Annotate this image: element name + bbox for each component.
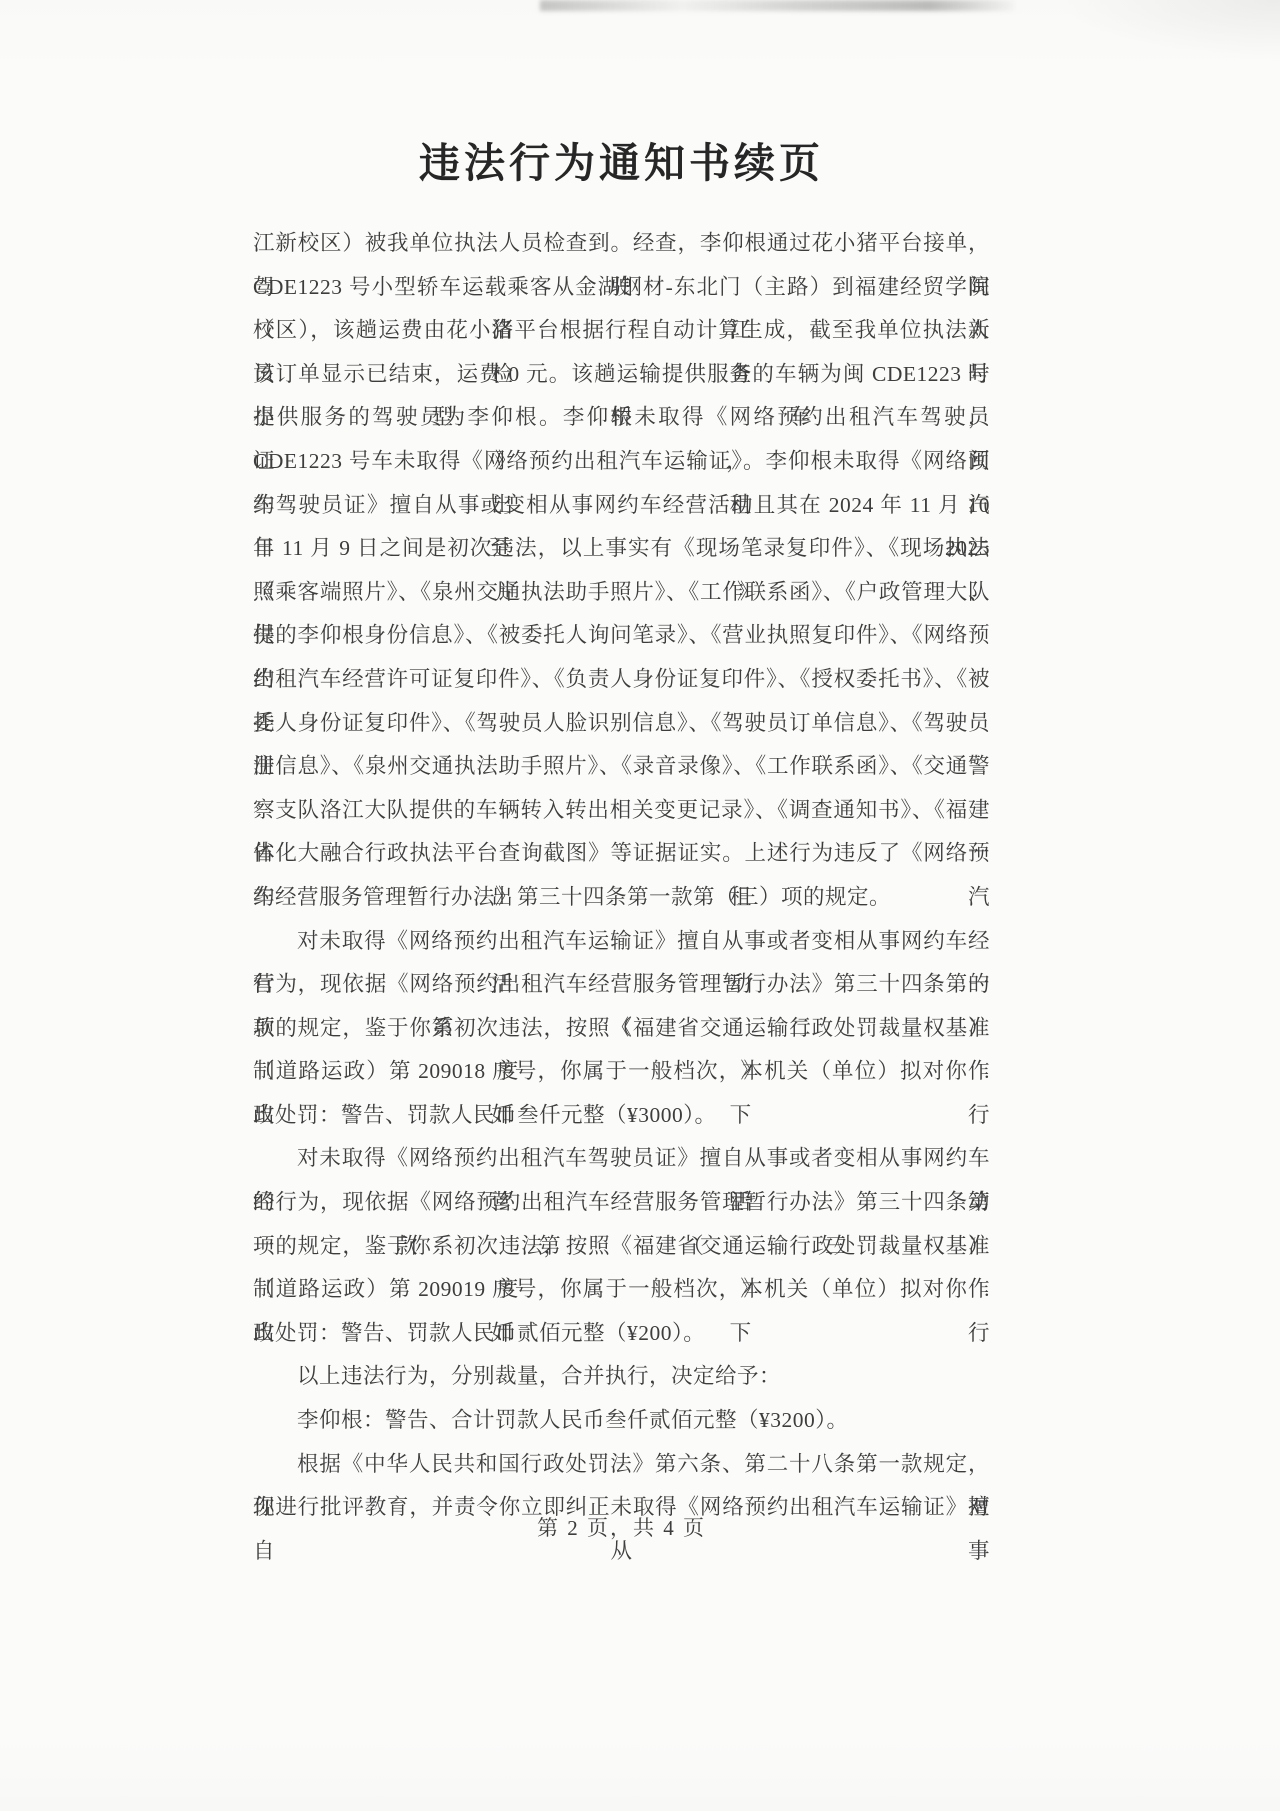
document-line: 对未取得《网络预约出租汽车驾驶员证》擅自从事或者变相从事网约车经营活动 xyxy=(253,1137,990,1181)
document-line: 察支队洛江大队提供的车辆转入转出相关变更记录》、《调查通知书》、《福建省一 xyxy=(253,789,990,833)
document-line: 年 11 月 9 日之间是初次违法，以上事实有《现场笔录复印件》、《现场执法照片… xyxy=(253,527,990,571)
document-line: 托人身份证复印件》、《驾驶员人脸识别信息》、《驾驶员订单信息》、《驾驶员注 xyxy=(253,702,990,746)
document-line: 册信息》、《泉州交通执法助手照片》、《录音录像》、《工作联系函》、《交通警 xyxy=(253,745,990,789)
document-line: （道路运政）第 209019 序号，你属于一般档次，本机关（单位）拟对你作出如下… xyxy=(253,1268,990,1312)
document-line: （道路运政）第 209018 序号，你属于一般档次，本机关（单位）拟对你作出如下… xyxy=(253,1050,990,1094)
scanned-document-page: 违法行为通知书续页 江新校区）被我单位执法人员检查到。经查，李仰根通过花小猪平台… xyxy=(0,0,1280,1811)
document-line: 出租汽车经营许可证复印件》、《负责人身份证复印件》、《授权委托书》、《被委 xyxy=(253,658,990,702)
document-line: 该订单显示已结束，运费 0 元。该趟运输提供服务的车辆为闽 CDE1223 号小… xyxy=(253,353,990,397)
scan-artifact-top-edge xyxy=(540,0,1015,11)
page-title: 违法行为通知书续页 xyxy=(253,130,990,189)
document-body: 江新校区）被我单位执法人员检查到。经查，李仰根通过花小猪平台接单，驾驶闽 CDE… xyxy=(253,222,990,1530)
document-line: CDE1223 号车未取得《网络预约出租汽车运输证》。李仰根未取得《网络预约出租… xyxy=(253,440,990,484)
document-line: 的行为，现依据《网络预约出租汽车经营服务管理暂行办法》第三十四条第一款第（三） xyxy=(253,1181,990,1225)
document-line: 项的规定，鉴于你系初次违法，按照《福建省交通运输行政处罚裁量权基准制度》. xyxy=(253,1225,990,1269)
document-line: CDE1223 号小型轿车运载乘客从金湖钢材-东北门（主路）到福建经贸学院（洛江… xyxy=(253,266,990,310)
scan-artifact-corner-shadow xyxy=(1060,0,1280,60)
document-line: 以上违法行为，分别裁量，合并执行，决定给予： xyxy=(253,1355,990,1399)
document-line: 提供服务的驾驶员为李仰根。李仰根未取得《网络预约出租汽车驾驶员证》，闽 xyxy=(253,396,990,440)
document-line: 根据《中华人民共和国行政处罚法》第六条、第二十八条第一款规定，现对 xyxy=(253,1443,990,1487)
document-line: 车经营服务管理暂行办法》第三十四条第一款第（三）项的规定。 xyxy=(253,876,990,920)
document-line: 校区），该趟运费由花小猪平台根据行程自动计算生成，截至我单位执法人员检查时 xyxy=(253,309,990,353)
document-line: 李仰根：警告、合计罚款人民币叁仟贰佰元整（¥3200）。 xyxy=(253,1399,990,1443)
document-line: 供的李仰根身份信息》、《被委托人询问笔录》、《营业执照复印件》、《网络预约 xyxy=(253,614,990,658)
page-number-footer: 第 2 页，共 4 页 xyxy=(253,1512,990,1542)
document-line: 对未取得《网络预约出租汽车运输证》擅自从事或者变相从事网约车经营活动的 xyxy=(253,920,990,964)
document-line: 体化大融合行政执法平台查询截图》等证据证实。上述行为违反了《网络预约出租汽 xyxy=(253,832,990,876)
document-line: 车驾驶员证》擅自从事或变相从事网约车经营活动且其在 2024 年 11 月 10… xyxy=(253,484,990,528)
document-line: 行为，现依据《网络预约出租汽车经营服务管理暂行办法》第三十四条第一款第（二） xyxy=(253,963,990,1007)
document-line: 江新校区）被我单位执法人员检查到。经查，李仰根通过花小猪平台接单，驾驶闽 xyxy=(253,222,990,266)
document-line: 《乘客端照片》、《泉州交通执法助手照片》、《工作联系函》、《户政管理大队提 xyxy=(253,571,990,615)
document-line: 项的规定，鉴于你系初次违法，按照《福建省交通运输行政处罚裁量权基准制度》. xyxy=(253,1007,990,1051)
